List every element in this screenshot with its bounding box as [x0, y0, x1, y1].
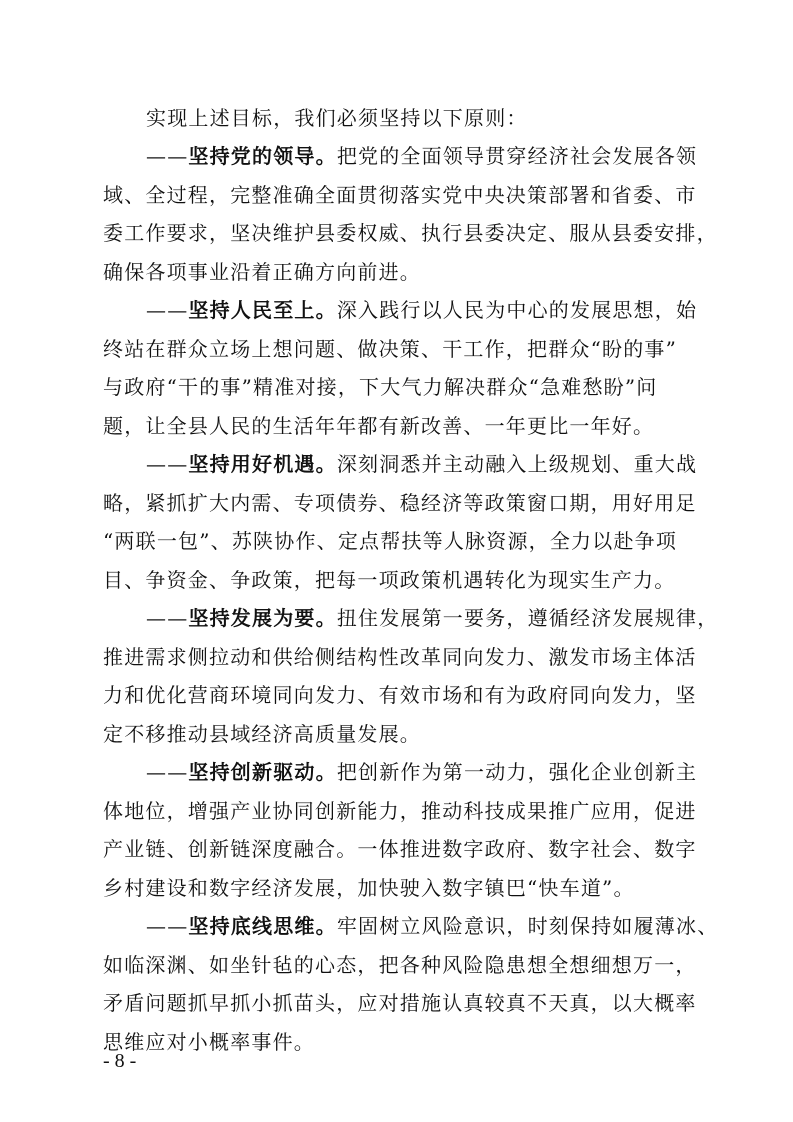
principle-6-first-line: ——坚持底线思维。牢固树立风险意识，时刻保持如履薄冰、: [146, 911, 703, 941]
principle-3-line: 目、争资金、争政策，把每一项政策机遇转化为现实生产力。: [103, 565, 703, 595]
principle-6-line: 矛盾问题抓早抓小抓苗头，应对措施认真较真不天真，以大概率: [103, 988, 703, 1018]
principle-heading: 坚持党的领导。: [188, 144, 336, 168]
principle-6-line: 如临深渊、如坐针毡的心态，把各种风险隐患想全想细想万一，: [103, 950, 703, 980]
page-number: - 8 -: [103, 1048, 136, 1074]
intro-line: 实现上述目标，我们必须坚持以下原则：: [146, 103, 703, 133]
document-page: 实现上述目标，我们必须坚持以下原则： ——坚持党的领导。把党的全面领导贯穿经济社…: [0, 0, 793, 1122]
principle-5-line: 乡村建设和数字经济发展，加快驶入数字镇巴“快车道”。: [103, 873, 703, 903]
principle-2-first-line: ——坚持人民至上。深入践行以人民为中心的发展思想，始: [146, 295, 703, 325]
principle-4-line: 定不移推动县域经济高质量发展。: [103, 719, 703, 749]
principle-text: 把创新作为第一动力，强化企业创新主: [337, 760, 697, 784]
principle-5-line: 体地位，增强产业协同创新能力，推动科技成果推广应用，促进: [103, 796, 703, 826]
principle-4-line: 推进需求侧拉动和供给侧结构性改革同向发力、激发市场主体活: [103, 642, 703, 672]
principle-1-line: 确保各项事业沿着正确方向前进。: [103, 257, 703, 287]
principle-text: 深入践行以人民为中心的发展思想，始: [337, 298, 697, 322]
principle-heading: 坚持人民至上。: [188, 298, 336, 322]
principle-2-line: 与政府“干的事”精准对接，下大气力解决群众“急难愁盼”问: [103, 372, 703, 402]
em-dash: ——: [146, 298, 188, 322]
principle-3-line: 略，紧抓扩大内需、专项债券、稳经济等政策窗口期，用好用足: [103, 488, 703, 518]
principle-heading: 坚持用好机遇。: [188, 452, 336, 476]
principle-2-line: 题，让全县人民的生活年年都有新改善、一年更比一年好。: [103, 411, 703, 441]
principle-text: 深刻洞悉并主动融入上级规划、重大战: [337, 452, 697, 476]
principle-1-line: 委工作要求，坚决维护县委权威、执行县委决定、服从县委安排，: [103, 218, 703, 248]
principle-5-line: 产业链、创新链深度融合。一体推进数字政府、数字社会、数字: [103, 834, 703, 864]
principle-1-first-line: ——坚持党的领导。把党的全面领导贯穿经济社会发展各领: [146, 141, 703, 171]
principle-2-line: 终站在群众立场上想问题、做决策、干工作，把群众“盼的事”: [103, 334, 703, 364]
em-dash: ——: [146, 144, 188, 168]
principle-text: 把党的全面领导贯穿经济社会发展各领: [337, 144, 697, 168]
em-dash: ——: [146, 606, 188, 630]
principle-4-first-line: ——坚持发展为要。扭住发展第一要务，遵循经济发展规律，: [146, 603, 703, 633]
principle-3-line: “两联一包”、苏陕协作、定点帮扶等人脉资源，全力以赴争项: [103, 526, 703, 556]
principle-text: 牢固树立风险意识，时刻保持如履薄冰、: [337, 914, 719, 938]
principle-heading: 坚持创新驱动。: [188, 760, 336, 784]
principle-6-line: 思维应对小概率事件。: [103, 1027, 703, 1057]
em-dash: ——: [146, 452, 188, 476]
principle-text: 扭住发展第一要务，遵循经济发展规律，: [337, 606, 719, 630]
principle-3-first-line: ——坚持用好机遇。深刻洞悉并主动融入上级规划、重大战: [146, 449, 703, 479]
em-dash: ——: [146, 914, 188, 938]
principle-heading: 坚持发展为要。: [188, 606, 336, 630]
principle-5-first-line: ——坚持创新驱动。把创新作为第一动力，强化企业创新主: [146, 757, 703, 787]
em-dash: ——: [146, 760, 188, 784]
principle-4-line: 力和优化营商环境同向发力、有效市场和有为政府同向发力，坚: [103, 680, 703, 710]
principle-heading: 坚持底线思维。: [188, 914, 336, 938]
principle-1-line: 域、全过程，完整准确全面贯彻落实党中央决策部署和省委、市: [103, 180, 703, 210]
